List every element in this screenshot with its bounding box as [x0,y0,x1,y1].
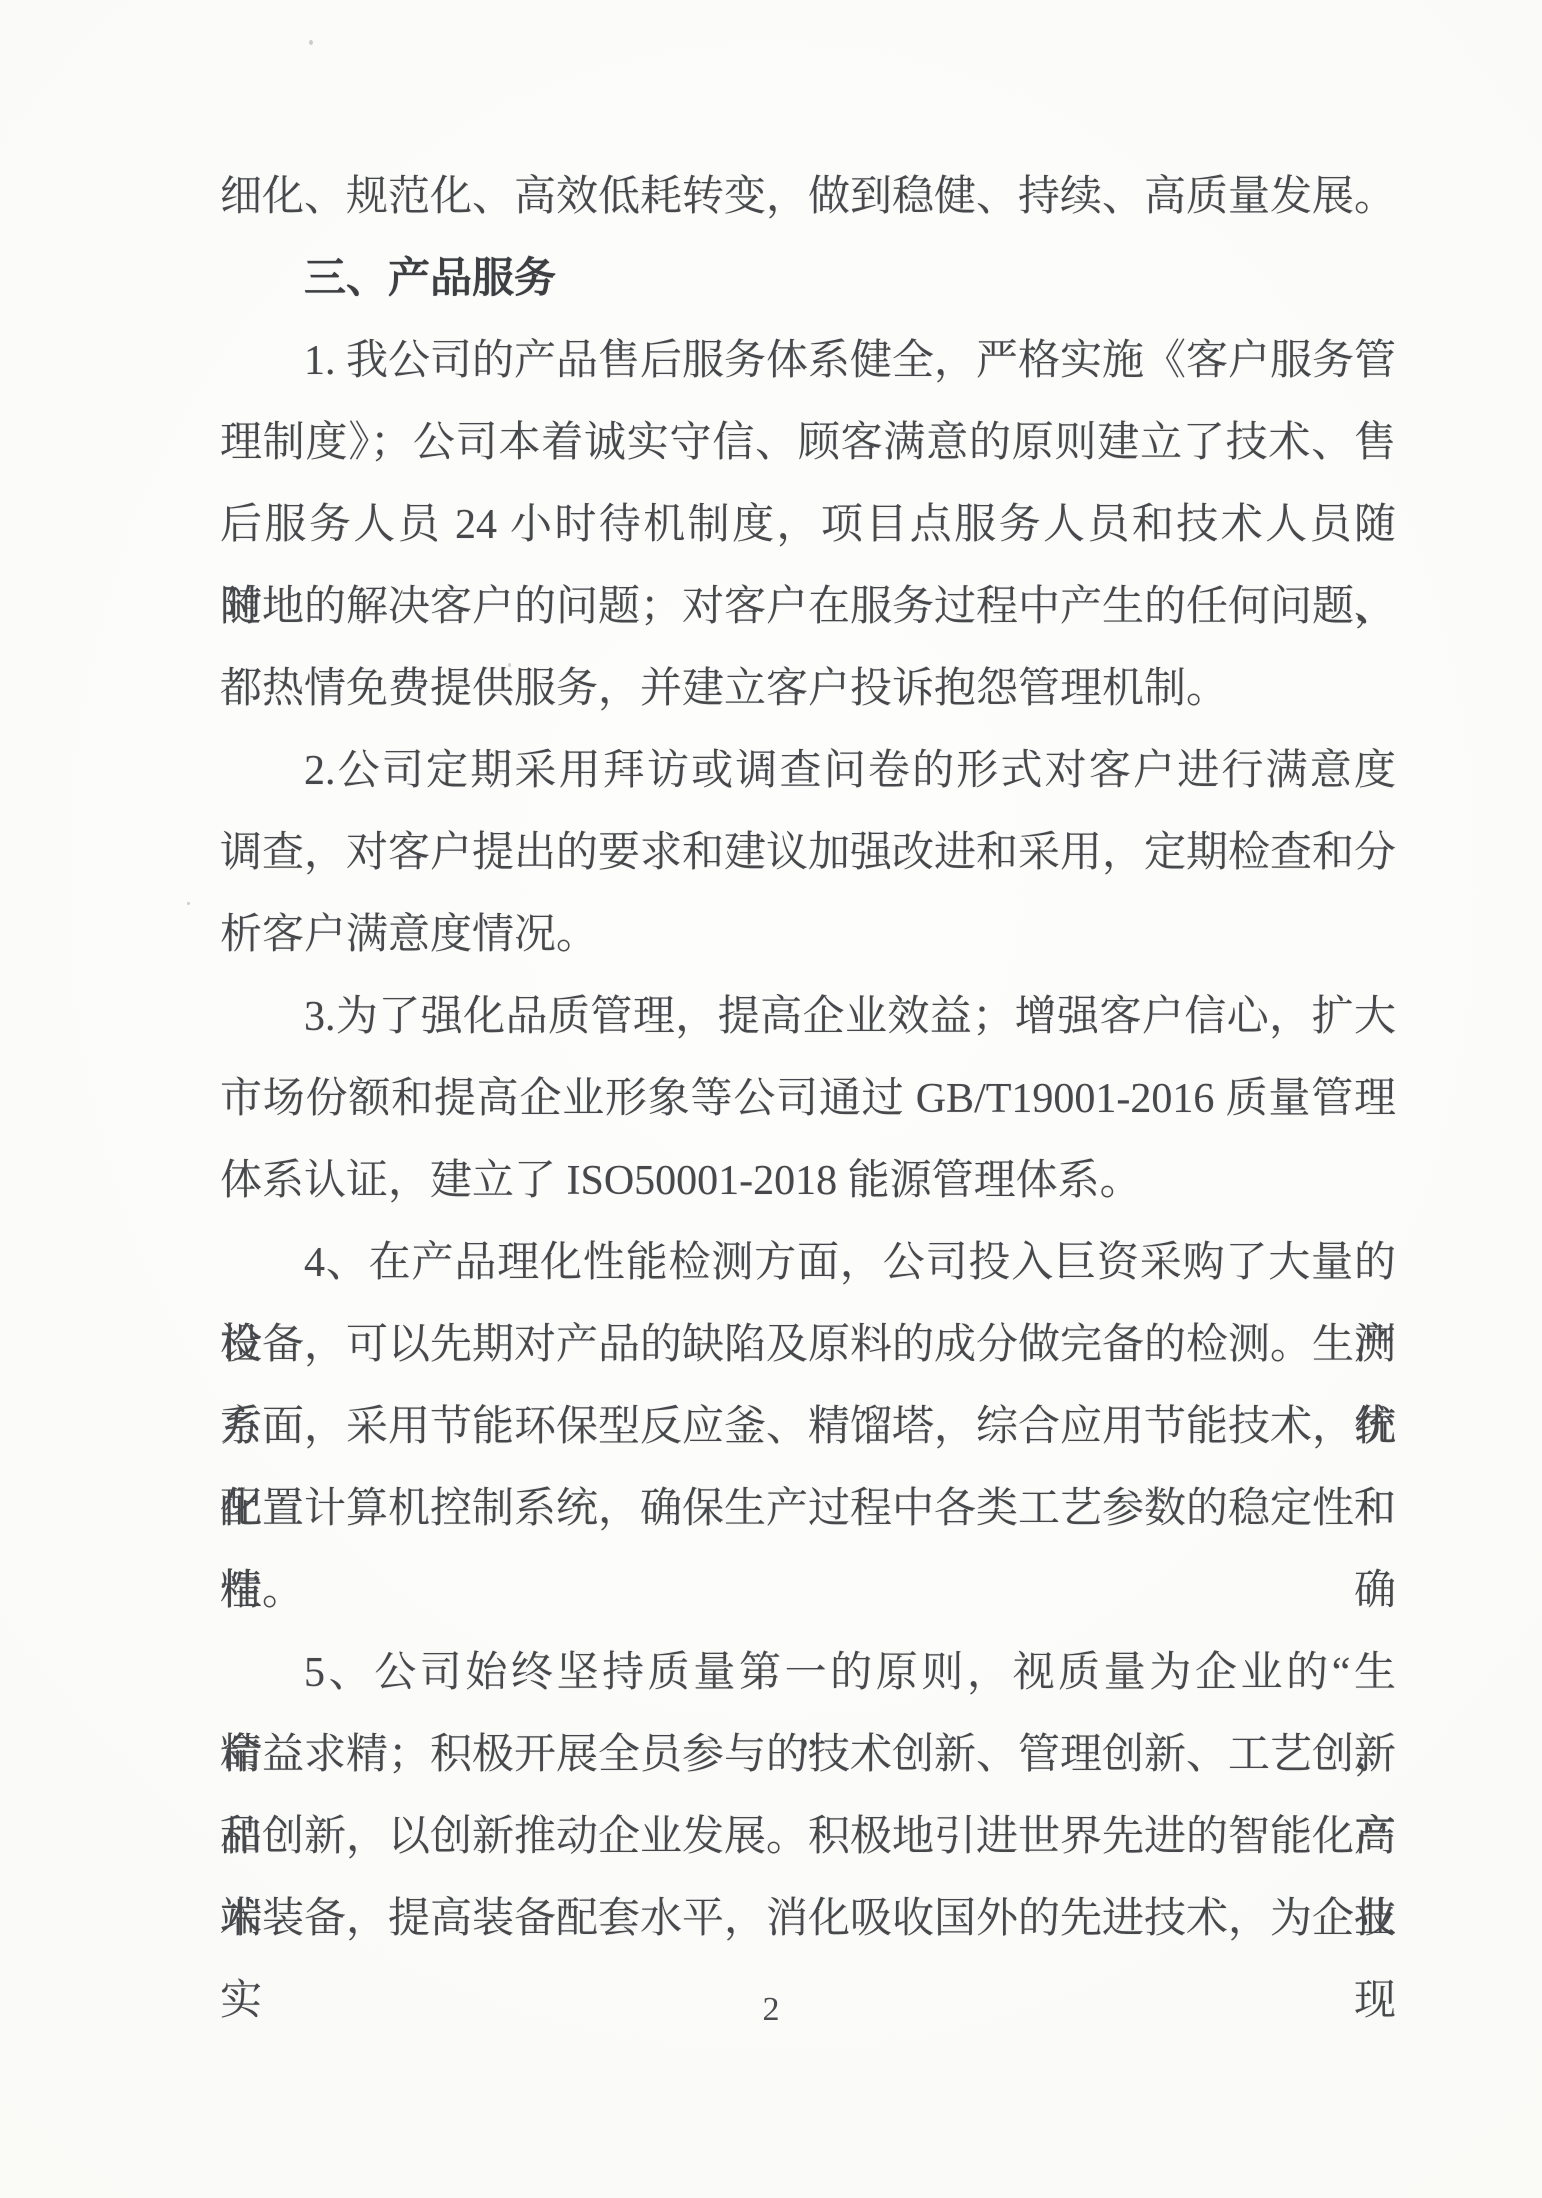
document-line: 细化、规范化、高效低耗转变，做到稳健、持续、高质量发展。 [220,156,1396,238]
document-line: 品创新，以创新推动企业发展。积极地引进世界先进的智能化高端技 [220,1796,1396,1878]
section-heading: 三、产品服务 [220,238,1396,320]
document-line: 都热情免费提供服务，并建立客户投诉抱怨管理机制。 [220,648,1396,730]
document-line: 调查，对客户提出的要求和建议加强改进和采用，定期检查和分 [220,812,1396,894]
document-line: 4、在产品理化性能检测方面，公司投入巨资采购了大量的检测 [220,1222,1396,1304]
document-line: 3.为了强化品质管理，提高企业效益；增强客户信心，扩大 [220,976,1396,1058]
document-line: 术装备，提高装备配套水平，消化吸收国外的先进技术，为企业实现 [220,1878,1396,1960]
scan-speck [187,902,190,905]
document-line: 配置计算机控制系统，确保生产过程中各类工艺参数的稳定性和精确 [220,1468,1396,1550]
document-line: 析客户满意度情况。 [220,894,1396,976]
document-line: 随地的解决客户的问题；对客户在服务过程中产生的任何问题， [220,566,1396,648]
document-line: 设备，可以先期对产品的缺陷及原料的成分做完备的检测。生产系统 [220,1304,1396,1386]
scanned-document-page: 细化、规范化、高效低耗转变，做到稳健、持续、高质量发展。三、产品服务1. 我公司… [0,0,1542,2198]
document-line: 精益求精；积极开展全员参与的技术创新、管理创新、工艺创新和产 [220,1714,1396,1796]
document-line: 2.公司定期采用拜访或调查问卷的形式对客户进行满意度 [220,730,1396,812]
scan-speck [309,40,313,45]
document-line: 后服务人员 24 小时待机制度，项目点服务人员和技术人员随时、 [220,484,1396,566]
document-line: 方面，采用节能环保型反应釜、精馏塔，综合应用节能技术，优化和 [220,1386,1396,1468]
page-number: 2 [0,1986,1542,2034]
document-line: 1. 我公司的产品售后服务体系健全，严格实施《客户服务管 [220,320,1396,402]
document-line: 市场份额和提高企业形象等公司通过 GB/T19001-2016 质量管理 [220,1058,1396,1140]
document-line: 体系认证，建立了 ISO50001-2018 能源管理体系。 [220,1140,1396,1222]
document-line: 理制度》；公司本着诚实守信、顾客满意的原则建立了技术、售 [220,402,1396,484]
document-line: 5、公司始终坚持质量第一的原则，视质量为企业的“生命”， [220,1632,1396,1714]
document-body: 细化、规范化、高效低耗转变，做到稳健、持续、高质量发展。三、产品服务1. 我公司… [220,156,1396,1960]
